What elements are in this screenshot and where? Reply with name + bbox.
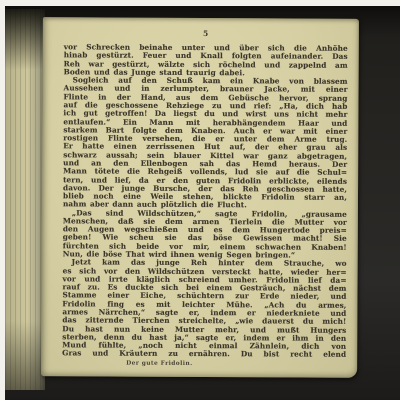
text-block: vor Schrecken beinahe unter und über sic… [41, 43, 359, 359]
page-stack-edge [5, 9, 45, 390]
signature-footer: Der gute Fridolin. [126, 359, 357, 367]
book-scan: 5 vor Schrecken beinahe unter und über s… [0, 0, 400, 400]
photo-background: 5 vor Schrecken beinahe unter und über s… [5, 6, 400, 400]
text-line: Gras und Kräutern zu ernähren. Du bist r… [62, 350, 346, 360]
page-number: 5 [43, 28, 359, 39]
book-page: 5 vor Schrecken beinahe unter und über s… [41, 17, 359, 378]
